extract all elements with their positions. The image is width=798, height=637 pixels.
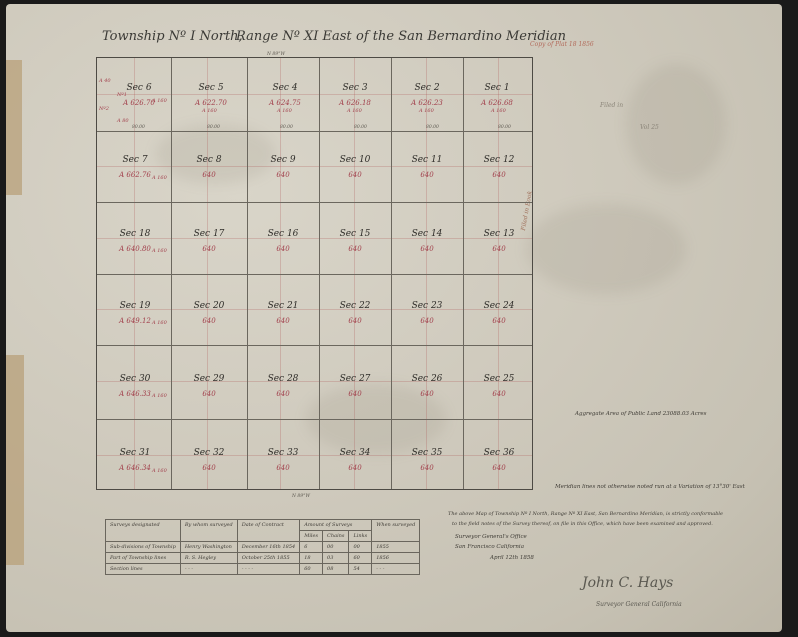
table-row: Sub-divisions of TownshipHenry Washingto…	[106, 542, 420, 553]
section-1: Sec 1A 626.68	[461, 83, 533, 107]
section-13: Sec 13640	[463, 229, 535, 253]
pencil-note-top: Copy of Plat 18 1856	[530, 41, 594, 48]
title-township: Township Nº I North,	[102, 29, 243, 44]
section-9: Sec 9640	[247, 155, 319, 179]
chain-label: 80.00	[280, 125, 293, 130]
section-4: Sec 4A 624.75	[249, 83, 321, 107]
section-28: Sec 28640	[247, 374, 319, 398]
section-15: Sec 15640	[319, 229, 391, 253]
section-10: Sec 10640	[319, 155, 391, 179]
township-grid: Sec 6A 626.70 Sec 5A 622.70 Sec 4A 624.7…	[96, 57, 533, 490]
section-24: Sec 24640	[463, 301, 535, 325]
survey-table: Surveys designated By whom surveyed Date…	[105, 519, 420, 575]
section-34: Sec 34640	[319, 448, 391, 472]
section-27: Sec 27640	[319, 374, 391, 398]
lot-marker: A 160	[152, 320, 167, 326]
chain-label: 80.00	[132, 125, 145, 130]
section-line	[97, 274, 532, 275]
lot-marker: A 160	[491, 108, 506, 114]
lot-marker: A 80	[117, 118, 129, 124]
section-line	[97, 345, 532, 346]
section-36: Sec 36640	[463, 448, 535, 472]
tape-strip	[6, 355, 24, 565]
chain-label: 80.00	[426, 125, 439, 130]
paper-stain	[526, 204, 686, 294]
section-8: Sec 8640	[173, 155, 245, 179]
aggregate-area-note: Aggregate Area of Public Land 23088.03 A…	[575, 411, 707, 417]
lot-marker: A 40	[99, 78, 111, 84]
chain-label: 80.00	[354, 125, 367, 130]
section-29: Sec 29640	[173, 374, 245, 398]
table-header: When surveyed	[372, 520, 420, 542]
section-17: Sec 17640	[173, 229, 245, 253]
section-line	[97, 202, 532, 203]
lot-marker: A 160	[347, 108, 362, 114]
chain-label: 80.00	[207, 125, 220, 130]
lot-marker: A 160	[419, 108, 434, 114]
section-3: Sec 3A 626.18	[319, 83, 391, 107]
signature: John C. Hays	[582, 575, 673, 591]
section-22: Sec 22640	[319, 301, 391, 325]
signature-title: Surveyor General California	[596, 601, 682, 608]
table-header: Amount of Surveys	[300, 520, 372, 531]
section-32: Sec 32640	[173, 448, 245, 472]
table-subheader: Chains	[323, 531, 349, 542]
lot-marker: A 160	[202, 108, 217, 114]
title-range: Range Nº XI East	[236, 29, 352, 44]
section-12: Sec 12640	[463, 155, 535, 179]
lot-marker: A 160	[152, 468, 167, 474]
chain-label: 80.00	[498, 125, 511, 130]
section-16: Sec 16640	[247, 229, 319, 253]
meridian-note: Meridian lines not otherwise noted run a…	[555, 484, 745, 490]
section-11: Sec 11640	[391, 155, 463, 179]
certification-line-1: The above Map of Township Nº I North, Ra…	[448, 511, 723, 517]
table-row: Section lines- - -- - - - 600854- - -	[106, 564, 420, 575]
table-header: Date of Contract	[237, 520, 300, 542]
section-20: Sec 20640	[173, 301, 245, 325]
table-header: Surveys designated	[106, 520, 181, 542]
section-5: Sec 5A 622.70	[175, 83, 247, 107]
lot-marker: A 160	[152, 393, 167, 399]
lot-marker: A 160	[152, 248, 167, 254]
pencil-note-vol: Vol 25	[640, 124, 659, 131]
table-header: By whom surveyed	[180, 520, 237, 542]
section-35: Sec 35640	[391, 448, 463, 472]
lot-marker: A 160	[152, 98, 167, 104]
certification-line-2: to the field notes of the Survey thereof…	[452, 521, 713, 527]
bearing-label: N 89°W	[292, 494, 310, 499]
lot-marker: Nº2	[99, 106, 109, 112]
section-line	[97, 419, 532, 420]
section-33: Sec 33640	[247, 448, 319, 472]
section-26: Sec 26640	[391, 374, 463, 398]
date-line: April 12th 1858	[490, 555, 534, 561]
bearing-label: N 89°W	[267, 52, 285, 57]
section-2: Sec 2A 626.23	[391, 83, 463, 107]
table-subheader: Links	[349, 531, 372, 542]
lot-marker: A 160	[152, 175, 167, 181]
section-14: Sec 14640	[391, 229, 463, 253]
section-23: Sec 23640	[391, 301, 463, 325]
lot-marker: A 160	[277, 108, 292, 114]
pencil-note-filed: Filed in	[600, 102, 623, 109]
lot-marker: Nº1	[117, 92, 127, 98]
tape-strip	[6, 60, 22, 195]
table-row: Part of Township linesR. S. HegleyOctobe…	[106, 553, 420, 564]
section-line	[97, 131, 532, 132]
table-subheader: Miles	[300, 531, 323, 542]
section-25: Sec 25640	[463, 374, 535, 398]
office-line: Surveyor General's Office	[455, 534, 527, 540]
city-line: San Francisco California	[455, 544, 524, 550]
section-21: Sec 21640	[247, 301, 319, 325]
